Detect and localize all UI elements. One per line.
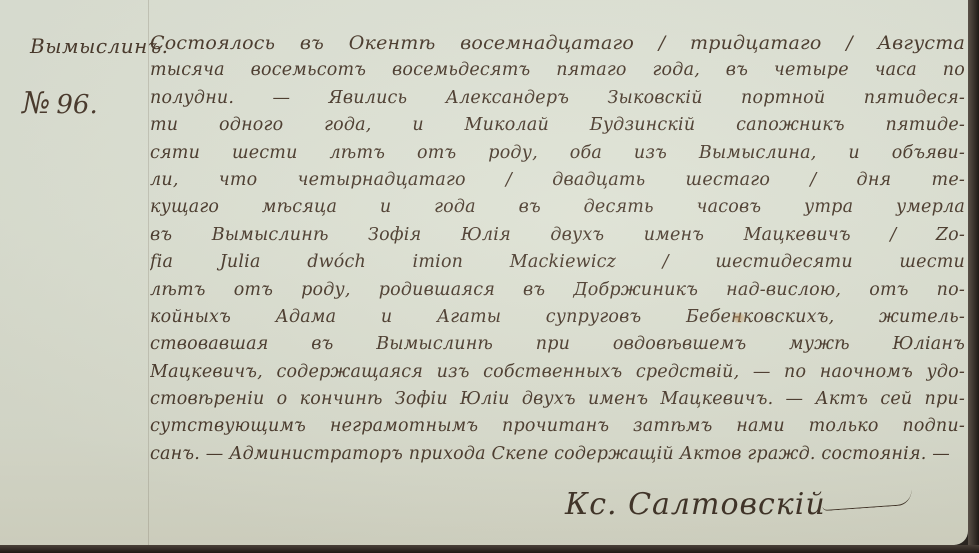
body-line: въ Вымыслинѣ Зофія Юлія двухъ именъ Мацк…	[150, 222, 965, 249]
body-line: ли, что четырнадцатаго / двадцать шестаг…	[150, 167, 965, 194]
body-line: кущаго мѣсяца и года въ десять часовъ ут…	[150, 194, 965, 221]
signature-text: Кс. Салтовскій	[565, 487, 826, 522]
body-line: полудни. — Явились Александеръ Зыковскій…	[150, 85, 965, 112]
record-body: Состоялось въ Окентѣ восемнадцатаго / тр…	[150, 30, 965, 468]
body-line: ствовавшая въ Вымыслинѣ при овдовѣвшемъ …	[150, 331, 965, 358]
body-line: стовѣреніи о кончинѣ Зофіи Юліи двухъ им…	[150, 386, 965, 413]
page-edge-right	[968, 0, 979, 553]
body-line: fia Julia dwóch imion Mackiewicz / шести…	[150, 249, 965, 276]
page-edge-bottom	[0, 545, 979, 553]
signature-flourish	[821, 490, 912, 511]
document-page: Вымыслинъ. №96. Состоялось въ Окентѣ вос…	[0, 0, 968, 545]
body-line: санъ. — Администраторъ прихода Скепе сод…	[150, 441, 965, 468]
paper-stain	[732, 313, 746, 323]
margin-place-name: Вымыслинъ.	[30, 34, 169, 58]
body-line: ти одного года, и Миколай Будзинскій сап…	[150, 112, 965, 139]
number-sign: №	[22, 86, 50, 121]
body-line: лѣтъ отъ роду, родившаяся въ Добржиникъ …	[150, 277, 965, 304]
body-line: Мацкевичъ, содержащаяся изъ собственныхъ…	[150, 359, 965, 386]
margin-rule	[148, 0, 149, 545]
body-line: сяти шести лѣтъ отъ роду, оба изъ Вымысл…	[150, 140, 965, 167]
body-line: койныхъ Адама и Агаты супруговъ Бебенков…	[150, 304, 965, 331]
record-number-value: 96.	[56, 90, 97, 120]
body-line: Состоялось въ Окентѣ восемнадцатаго / тр…	[150, 30, 965, 57]
body-line: тысяча восемьсотъ восемьдесятъ пятаго го…	[150, 57, 965, 84]
record-number: №96.	[22, 86, 98, 121]
body-line: сутствующимъ неграмотнымъ прочитанъ затѣ…	[150, 413, 965, 440]
signature: Кс. Салтовскій	[565, 487, 912, 522]
